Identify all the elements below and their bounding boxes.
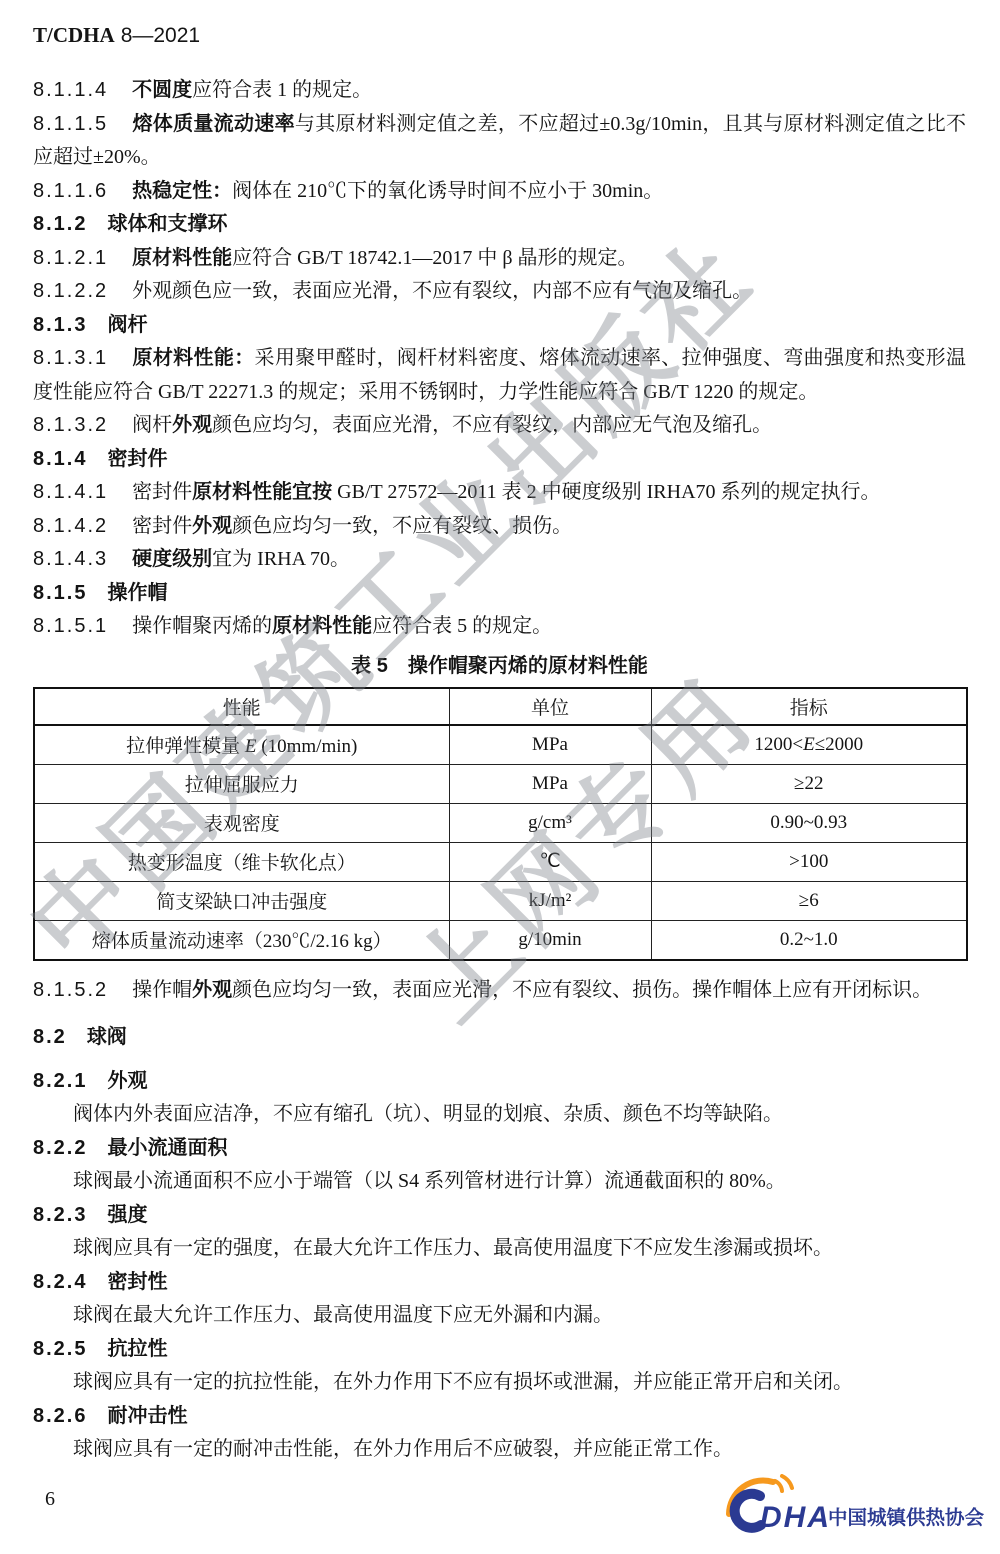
body-paragraph: 球阀应具有一定的耐冲击性能，在外力作用后不应破裂，并应能正常工作。 <box>33 1433 966 1467</box>
clause-number: 8.1.4.1 <box>33 481 108 503</box>
body-paragraph: 阀体内外表面应洁净，不应有缩孔（坑）、明显的划痕、杂质、颜色不均等缺陷。 <box>33 1098 966 1132</box>
unit-cell: MPa <box>449 725 651 765</box>
section-heading-8.2.2: 8.2.2最小流通面积 <box>33 1132 966 1166</box>
section-heading-8.1.4: 8.1.4密封件 <box>33 443 966 477</box>
section-title: 阀杆 <box>107 314 147 336</box>
section-number: 8.1.5 <box>33 582 87 604</box>
clause-number: 8.1.3.2 <box>33 414 108 436</box>
clause-number: 8.1.2.1 <box>33 247 108 269</box>
section-title: 抗拉性 <box>107 1338 167 1360</box>
clause-text: 密封件 <box>132 481 192 503</box>
table-row: 熔体质量流动速率（230℃/2.16 kg）g/10min0.2~1.0 <box>34 920 967 960</box>
clause-number: 8.1.1.4 <box>33 79 108 101</box>
clause-key-term: 原材料性能： <box>132 347 254 369</box>
section-heading-8.1.3: 8.1.3阀杆 <box>33 309 966 343</box>
logo-wave-small-icon <box>775 1481 782 1491</box>
property-cell: 热变形温度（维卡软化点） <box>34 842 449 881</box>
clause-text: GB/T 27572—2011 表 2 中硬度级别 IRHA70 系列的规定执行… <box>332 481 880 503</box>
body-paragraph: 球阀应具有一定的抗拉性能，在外力作用下不应有损坏或泄漏，并应能正常开启和关闭。 <box>33 1366 966 1400</box>
table-caption: 表 5 操作帽聚丙烯的原材料性能 <box>33 653 966 679</box>
table-header-row: 性能单位指标 <box>34 688 967 725</box>
clause-8.1.5.2: 8.1.5.2操作帽外观颜色应均匀一致，表面应光滑，不应有裂纹、损伤。操作帽体上… <box>33 974 966 1008</box>
section-heading-8.2.6: 8.2.6耐冲击性 <box>33 1400 966 1434</box>
section-heading-8.2.4: 8.2.4密封性 <box>33 1266 966 1300</box>
unit-cell: g/cm³ <box>449 803 651 842</box>
logo-wave-large-icon <box>782 1476 792 1488</box>
property-cell: 表观密度 <box>34 803 449 842</box>
clause-number: 8.1.2.2 <box>33 280 108 302</box>
clause-key-term: 热稳定性： <box>132 180 232 202</box>
clause-number: 8.1.3.1 <box>33 347 108 369</box>
section-number: 8.2.1 <box>33 1070 87 1092</box>
document-content: 8.1.1.4不圆度应符合表 1 的规定。8.1.1.5熔体质量流动速率与其原材… <box>0 74 1000 1467</box>
association-logo: DHA 中国城镇供热协会 <box>726 1474 984 1540</box>
table-head: 性能单位指标 <box>34 688 967 725</box>
section-title: 球阀 <box>87 1026 127 1048</box>
table-5: 性能单位指标拉伸弹性模量 E (10mm/min)MPa1200<E≤2000拉… <box>33 687 968 961</box>
clause-text: 宜为 IRHA 70。 <box>212 548 350 570</box>
standard-code-prefix: T/CDHA <box>33 23 115 47</box>
value-cell: ≥22 <box>651 764 967 803</box>
clause-text: 外观颜色应一致，表面应光滑，不应有裂纹，内部不应有气泡及缩孔。 <box>132 280 752 302</box>
clause-8.1.2.2: 8.1.2.2外观颜色应一致，表面应光滑，不应有裂纹，内部不应有气泡及缩孔。 <box>33 275 966 309</box>
section-title: 密封性 <box>107 1271 167 1293</box>
clause-8.1.2.1: 8.1.2.1原材料性能应符合 GB/T 18742.1—2017 中 β 晶形… <box>33 242 966 276</box>
clause-text: 操作帽聚丙烯的 <box>132 615 272 637</box>
clause-key-term: 原材料性能宜按 <box>192 481 332 503</box>
clause-text: 颜色应均匀，表面应光滑，不应有裂纹，内部应无气泡及缩孔。 <box>212 414 772 436</box>
section-heading-8.2.3: 8.2.3强度 <box>33 1199 966 1233</box>
logo-c-icon <box>735 1494 761 1528</box>
clause-key-term: 原材料性能 <box>272 615 372 637</box>
property-cell: 拉伸弹性模量 E (10mm/min) <box>34 725 449 765</box>
body-paragraph: 球阀最小流通面积不应小于端管（以 S4 系列管材进行计算）流通截面积的 80%。 <box>33 1165 966 1199</box>
table-row: 拉伸弹性模量 E (10mm/min)MPa1200<E≤2000 <box>34 725 967 765</box>
table-row: 拉伸屈服应力MPa≥22 <box>34 764 967 803</box>
table-header-cell: 指标 <box>651 688 967 725</box>
section-title: 最小流通面积 <box>107 1137 227 1159</box>
clause-text: 颜色应均匀一致，表面应光滑，不应有裂纹、损伤。操作帽体上应有开闭标识。 <box>232 979 932 1001</box>
unit-cell: MPa <box>449 764 651 803</box>
clause-text: 阀杆 <box>132 414 172 436</box>
logo-dha-text: DHA <box>760 1501 831 1534</box>
value-cell: 0.2~1.0 <box>651 920 967 960</box>
clause-8.1.5.1: 8.1.5.1操作帽聚丙烯的原材料性能应符合表 5 的规定。 <box>33 610 966 644</box>
clause-text: 密封件 <box>132 515 192 537</box>
section-heading-8.1.2: 8.1.2球体和支撑环 <box>33 208 966 242</box>
clause-text: 应符合表 1 的规定。 <box>192 79 372 101</box>
clause-8.1.1.6: 8.1.1.6热稳定性：阀体在 210℃下的氧化诱导时间不应小于 30min。 <box>33 175 966 209</box>
section-title: 外观 <box>107 1070 147 1092</box>
clause-text: 颜色应均匀一致，不应有裂纹、损伤。 <box>232 515 572 537</box>
clause-8.1.3.2: 8.1.3.2阀杆外观颜色应均匀，表面应光滑，不应有裂纹，内部应无气泡及缩孔。 <box>33 409 966 443</box>
value-cell: 1200<E≤2000 <box>651 725 967 765</box>
unit-cell: ℃ <box>449 842 651 881</box>
value-cell: ≥6 <box>651 881 967 920</box>
clause-key-term: 硬度级别 <box>132 548 212 570</box>
body-paragraph: 球阀在最大允许工作压力、最高使用温度下应无外漏和内漏。 <box>33 1299 966 1333</box>
logo-association-name: 中国城镇供热协会 <box>828 1506 984 1529</box>
section-number: 8.1.2 <box>33 213 87 235</box>
clause-8.1.4.1: 8.1.4.1密封件原材料性能宜按 GB/T 27572—2011 表 2 中硬… <box>33 476 966 510</box>
value-cell: >100 <box>651 842 967 881</box>
table-header-cell: 单位 <box>449 688 651 725</box>
clause-number: 8.1.5.2 <box>33 979 108 1001</box>
clause-key-term: 原材料性能 <box>132 247 232 269</box>
clause-number: 8.1.4.3 <box>33 548 108 570</box>
clause-8.1.1.4: 8.1.1.4不圆度应符合表 1 的规定。 <box>33 74 966 108</box>
clause-number: 8.1.1.5 <box>33 113 108 135</box>
section-number: 8.1.4 <box>33 448 87 470</box>
standard-code-suffix: 8—2021 <box>121 24 200 47</box>
variable-symbol: E <box>245 736 257 757</box>
section-heading-8.2.5: 8.2.5抗拉性 <box>33 1333 966 1367</box>
clause-text: 操作帽 <box>132 979 192 1001</box>
clause-8.1.1.5: 8.1.1.5熔体质量流动速率与其原材料测定值之差，不应超过±0.3g/10mi… <box>33 108 966 175</box>
section-heading-8.2: 8.2球阀 <box>33 1021 966 1055</box>
clause-key-term: 不圆度 <box>132 79 192 101</box>
section-title: 耐冲击性 <box>107 1405 187 1427</box>
unit-cell: kJ/m² <box>449 881 651 920</box>
property-cell: 熔体质量流动速率（230℃/2.16 kg） <box>34 920 449 960</box>
section-number: 8.2.2 <box>33 1137 87 1159</box>
section-heading-8.2.1: 8.2.1外观 <box>33 1065 966 1099</box>
property-cell: 简支梁缺口冲击强度 <box>34 881 449 920</box>
clause-key-term: 熔体质量流动速率 <box>132 113 295 135</box>
table-row: 热变形温度（维卡软化点）℃>100 <box>34 842 967 881</box>
table-header-cell: 性能 <box>34 688 449 725</box>
body-paragraph: 球阀应具有一定的强度，在最大允许工作压力、最高使用温度下不应发生渗漏或损坏。 <box>33 1232 966 1266</box>
section-title: 操作帽 <box>107 582 167 604</box>
section-number: 8.1.3 <box>33 314 87 336</box>
section-title: 密封件 <box>107 448 167 470</box>
clause-number: 8.1.4.2 <box>33 515 108 537</box>
property-cell: 拉伸屈服应力 <box>34 764 449 803</box>
unit-cell: g/10min <box>449 920 651 960</box>
clause-key-term: 外观 <box>172 414 212 436</box>
clause-text: 应符合表 5 的规定。 <box>372 615 552 637</box>
section-number: 8.2.3 <box>33 1204 87 1226</box>
section-number: 8.2.4 <box>33 1271 87 1293</box>
section-number: 8.2.6 <box>33 1405 87 1427</box>
section-number: 8.2.5 <box>33 1338 87 1360</box>
clause-8.1.4.3: 8.1.4.3硬度级别宜为 IRHA 70。 <box>33 543 966 577</box>
section-title: 强度 <box>107 1204 147 1226</box>
table-body: 拉伸弹性模量 E (10mm/min)MPa1200<E≤2000拉伸屈服应力M… <box>34 725 967 960</box>
clause-8.1.3.1: 8.1.3.1原材料性能：采用聚甲醛时，阀杆材料密度、熔体流动速率、拉伸强度、弯… <box>33 342 966 409</box>
table-row: 表观密度g/cm³0.90~0.93 <box>34 803 967 842</box>
section-number: 8.2 <box>33 1026 67 1048</box>
clause-8.1.4.2: 8.1.4.2密封件外观颜色应均匀一致，不应有裂纹、损伤。 <box>33 510 966 544</box>
section-title: 球体和支撑环 <box>107 213 227 235</box>
clause-key-term: 外观 <box>192 979 232 1001</box>
clause-number: 8.1.1.6 <box>33 180 108 202</box>
clause-key-term: 外观 <box>192 515 232 537</box>
document-header: T/CDHA8—2021 <box>0 0 1000 48</box>
clause-text: 阀体在 210℃下的氧化诱导时间不应小于 30min。 <box>232 180 663 202</box>
value-cell: 0.90~0.93 <box>651 803 967 842</box>
page-number: 6 <box>45 1488 55 1511</box>
clause-number: 8.1.5.1 <box>33 615 108 637</box>
standard-document-page: 中国建筑工业出版社 上网专用 T/CDHA8—2021 8.1.1.4不圆度应符… <box>0 0 1000 1554</box>
table-row: 简支梁缺口冲击强度kJ/m²≥6 <box>34 881 967 920</box>
variable-symbol: E <box>803 734 815 755</box>
section-heading-8.1.5: 8.1.5操作帽 <box>33 577 966 611</box>
clause-text: 应符合 GB/T 18742.1—2017 中 β 晶形的规定。 <box>232 247 637 269</box>
